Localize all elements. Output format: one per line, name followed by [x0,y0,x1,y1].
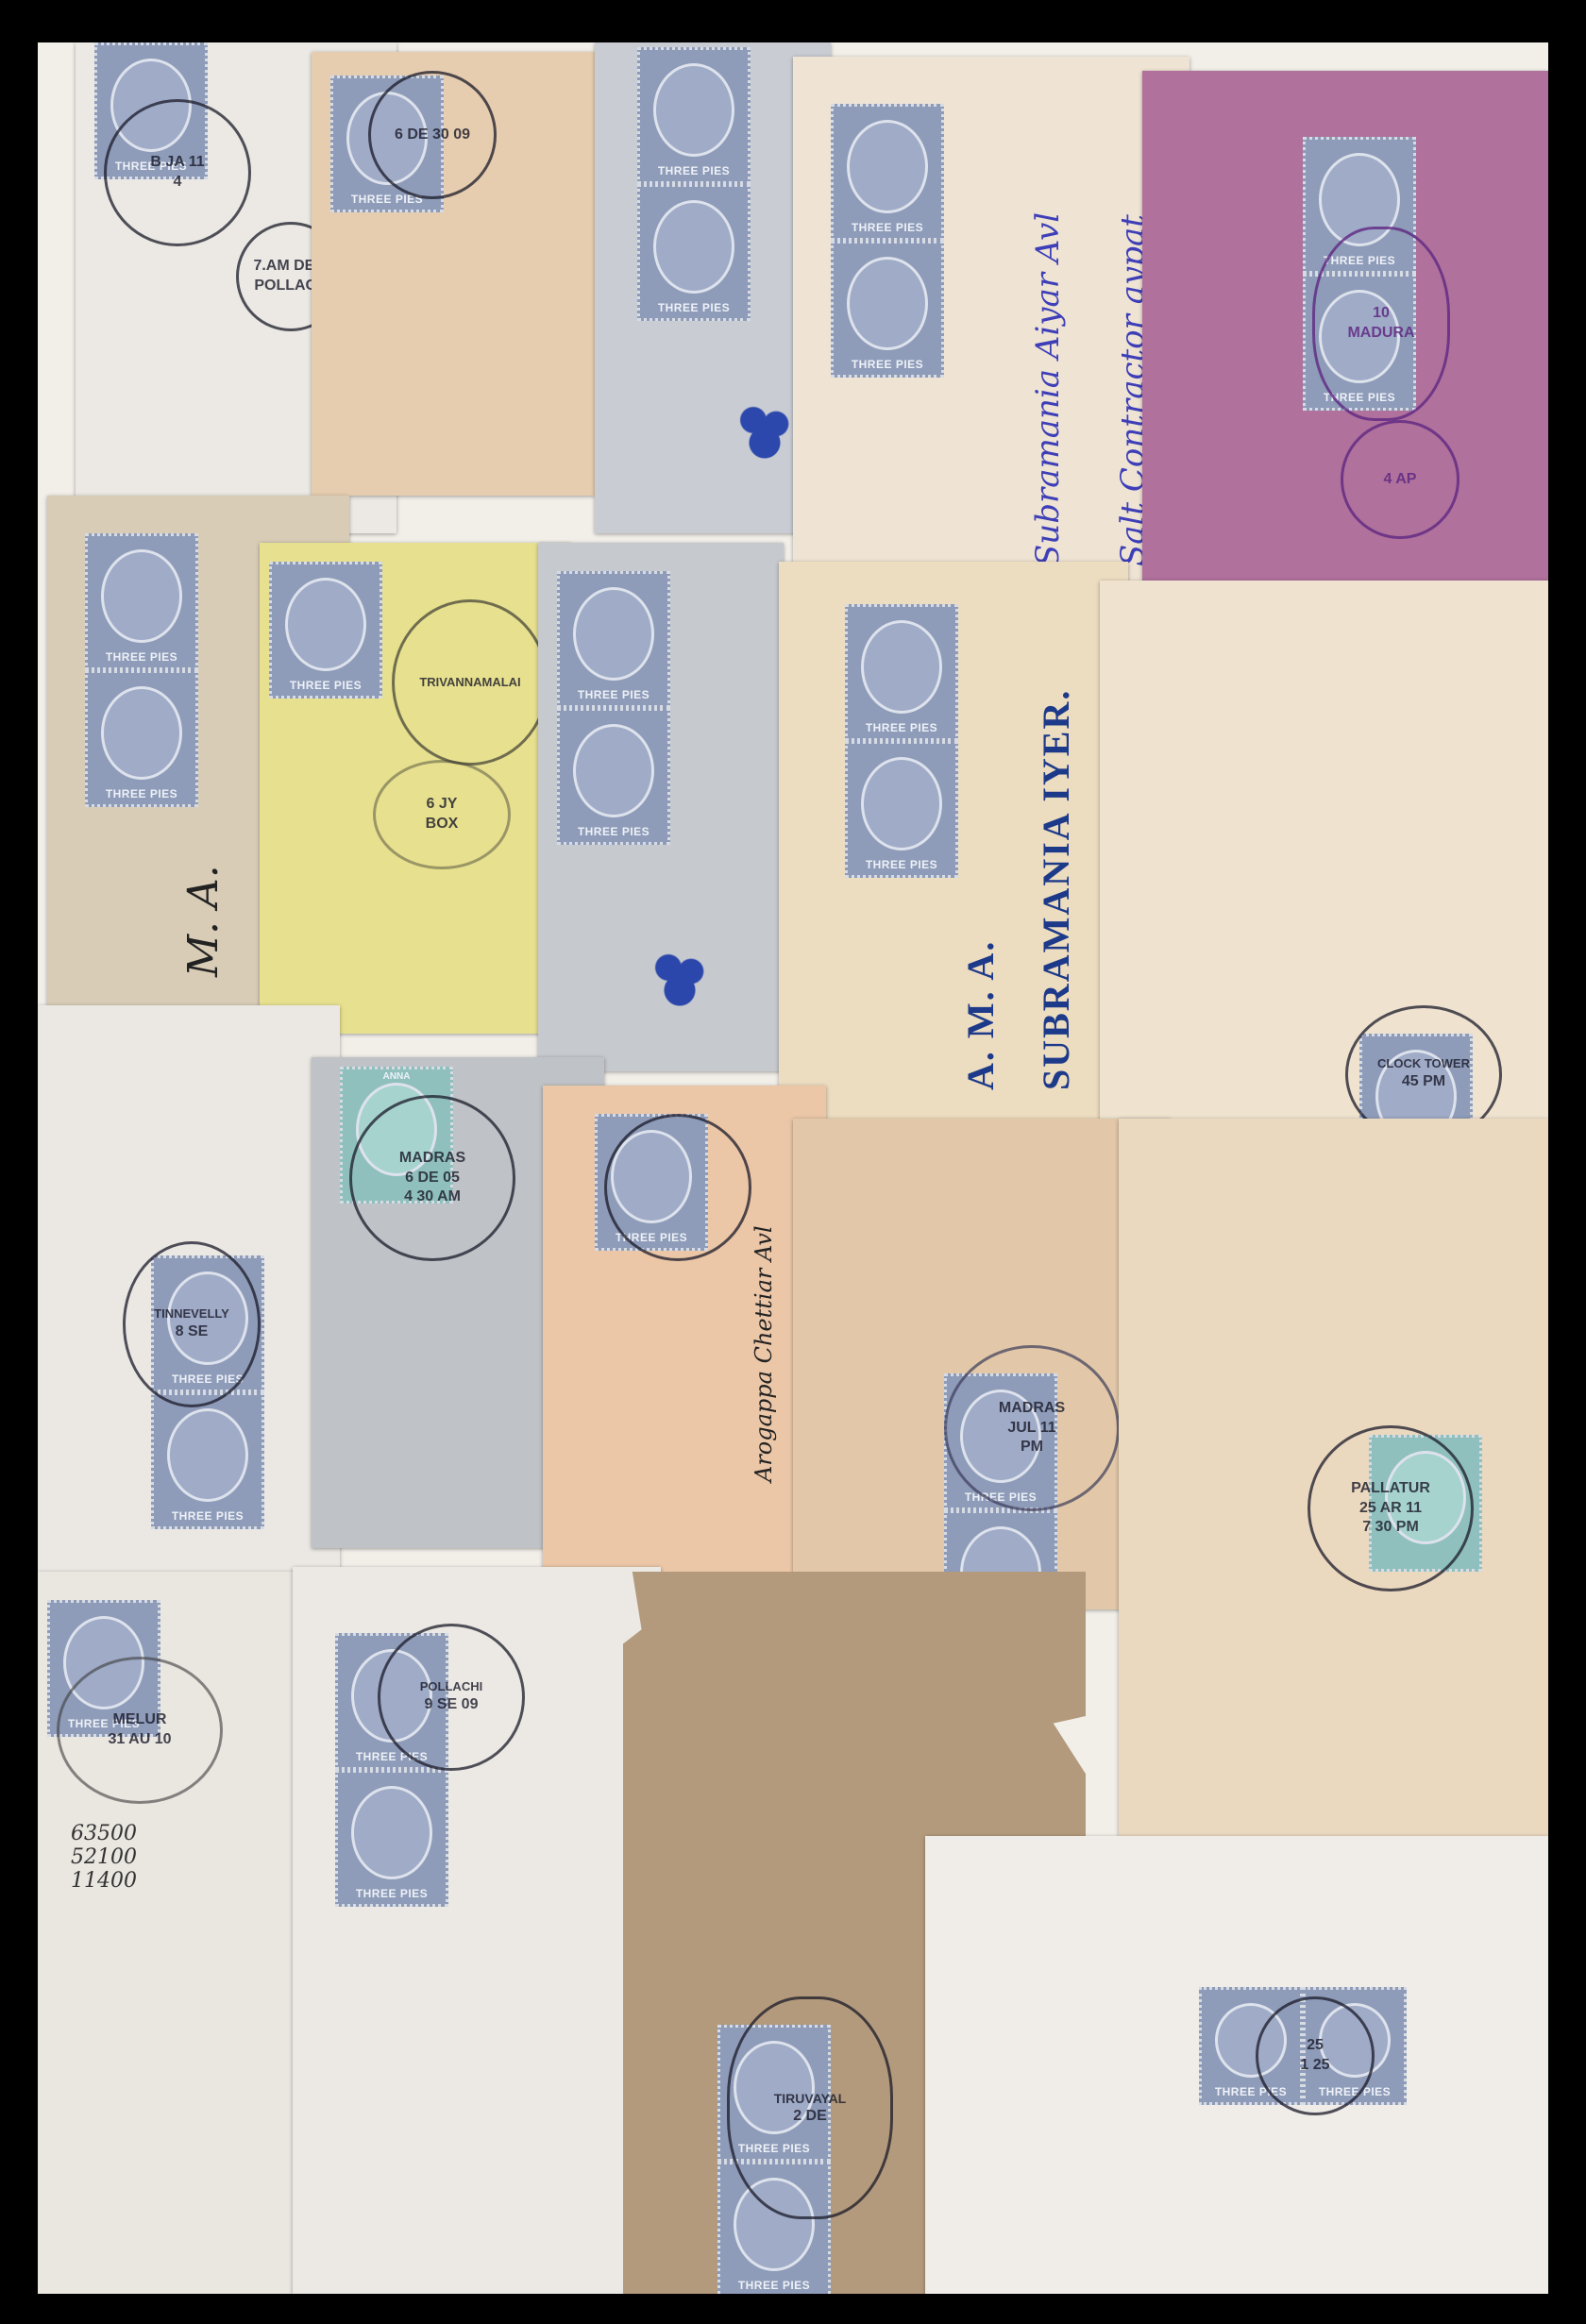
photo-backdrop: THREE PIES B JA 114 7.AM DEL.POLLACH THR… [38,42,1548,2294]
plastic-sleeve [38,42,1548,2294]
